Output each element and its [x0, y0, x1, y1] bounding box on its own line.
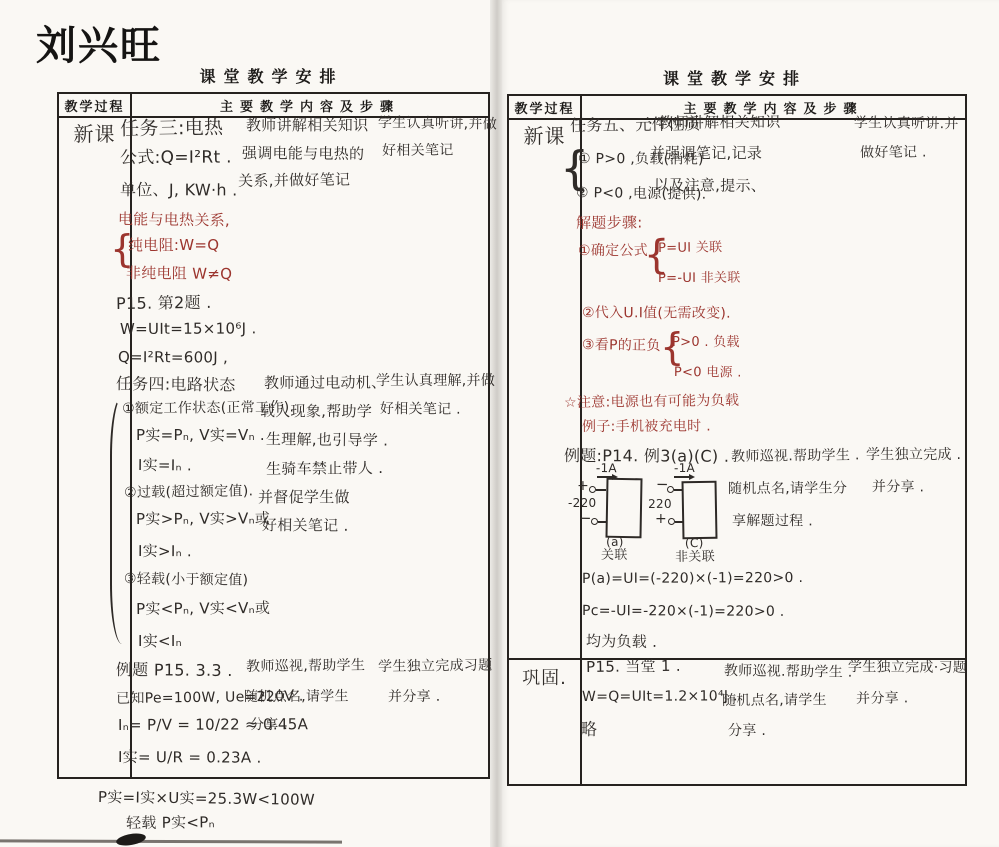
handwritten-line: ②过载(超过额定值).	[124, 484, 253, 500]
handwritten-line: 学生认真听讲,并做	[378, 116, 497, 132]
handwritten-line: 生理解,也引导学 .	[266, 432, 389, 449]
terminal-a-bottom	[591, 518, 598, 525]
wire-a-bottom	[598, 521, 607, 523]
handwritten-line: 教师巡视,帮助学生	[246, 658, 365, 674]
handwritten-line: Q=I²Rt=600J ,	[118, 350, 228, 366]
circuit-box-c	[681, 481, 717, 540]
handwritten-line: P=UI 关联	[658, 241, 723, 255]
handwritten-line: 并分享 .	[856, 691, 909, 706]
right-header-process: 教学过程	[509, 96, 582, 118]
handwritten-line: 好相关笔记	[382, 143, 454, 158]
handwritten-line: 非纯电阻 W≠Q	[126, 266, 233, 283]
current-arrow-a	[597, 476, 613, 478]
handwritten-line: I实<Iₙ	[138, 634, 182, 650]
scanned-lesson-plan: 刘兴旺 课堂教学安排 课堂教学安排 教学过程 主要教学内容及步骤 新课 教学过程…	[0, 0, 999, 847]
handwritten-line: 学生独立完成习题	[378, 659, 493, 675]
handwritten-line: · 教师讲解相关知识	[648, 115, 781, 132]
circuit-box-a	[605, 478, 642, 539]
handwritten-line: 220	[648, 498, 672, 511]
handwritten-line: 教师巡视.帮助学生 .	[731, 448, 860, 464]
handwritten-line: P>0 . 负载	[672, 336, 740, 350]
left-page-title: 课堂教学安排	[57, 64, 486, 86]
handwritten-line: P<0 电源 .	[674, 366, 742, 380]
handwritten-line: 教师巡视.帮助学生 .	[724, 664, 853, 680]
handwritten-line: -1A	[674, 462, 695, 475]
handwritten-line: 解题步骤:	[576, 215, 643, 231]
wire-c-top	[674, 489, 683, 491]
handwritten-line: +	[577, 479, 589, 494]
handwritten-line: 好相关笔记 .	[380, 402, 461, 417]
handwritten-line: ③轻载(小于额定值)	[124, 572, 249, 588]
handwritten-line: 学生认真理解,并做	[376, 374, 495, 389]
current-arrow-c	[674, 476, 690, 478]
right-row-label-consolidation: 巩固.	[509, 664, 580, 690]
handwritten-line: -220	[568, 497, 596, 510]
handwritten-line: P实<Pₙ, V实<Vₙ或	[136, 601, 270, 618]
handwritten-line: P=-UI 非关联	[658, 272, 741, 286]
handwritten-line: 学生独立完成·习题	[848, 660, 967, 676]
handwritten-line: 并督促学生做	[258, 490, 350, 506]
handwritten-line: P实>Pₙ, V实>Vₙ或	[136, 511, 270, 527]
bracket-mark	[110, 396, 124, 644]
left-header-content: 主要教学内容及步骤	[132, 94, 488, 116]
wire-a-top	[596, 489, 606, 491]
handwritten-line: 非关联	[675, 550, 715, 564]
handwritten-line: 均为负载 .	[586, 634, 658, 651]
handwritten-line: 学生独立完成 .	[866, 448, 961, 463]
handwritten-line: 并分享 .	[388, 690, 440, 705]
handwritten-line: 轻载 P实<Pₙ	[126, 815, 215, 832]
handwritten-line: (a)	[606, 536, 624, 549]
handwritten-line: -1A	[596, 462, 617, 475]
handwritten-line: 强调电能与电热的	[242, 146, 365, 163]
handwritten-line: 关联	[601, 549, 628, 563]
handwritten-line: 电能与电热关系,	[118, 212, 230, 229]
handwritten-line: 生骑车禁止带人 .	[266, 461, 383, 478]
handwritten-line: 以及注意,提示、	[654, 178, 766, 195]
handwritten-line: 享解题过程 .	[732, 514, 813, 529]
handwritten-line: 例题:P14. 例3(a)(C) .	[564, 448, 729, 466]
handwritten-line: W=Q=UIt=1.2×10⁴J .	[582, 689, 738, 704]
handwritten-line: −	[579, 511, 592, 527]
left-header-process: 教学过程	[59, 94, 132, 116]
handwritten-line: P15. 当堂 1 .	[586, 659, 681, 676]
handwritten-line: I实=Iₙ .	[138, 458, 192, 474]
handwritten-line: 做好笔记 .	[860, 145, 927, 160]
handwritten-line: I实>Iₙ .	[138, 544, 192, 560]
handwritten-line: Pc=-UI=-220×(-1)=220>0 .	[582, 604, 785, 620]
author-name: 刘兴旺	[36, 14, 162, 71]
handwritten-line: 关系,并做好笔记	[238, 173, 350, 190]
handwritten-line: I实= U/R = 0.23A .	[118, 750, 262, 766]
handwritten-line: 随机点名,请学生分	[728, 481, 847, 496]
handwritten-line: 教师通过电动机、	[264, 375, 386, 391]
handwritten-line: ③看P的正负	[582, 338, 661, 354]
handwritten-line: (C)	[685, 537, 704, 550]
handwritten-line: ②代入U.I值(无需改变).	[582, 306, 731, 321]
handwritten-line: W=UIt=15×10⁶J .	[120, 321, 257, 337]
handwritten-line: 随机点名,请学生	[722, 693, 827, 709]
handwritten-line: 略	[580, 722, 597, 740]
handwritten-line: 例题 P15. 3.3 .	[116, 662, 233, 680]
handwritten-line: 单位、J, KW·h .	[120, 182, 238, 199]
handwritten-line: 教师讲解相关知识	[246, 118, 368, 134]
handwritten-line: P实=Pₙ, V实=Vₙ .	[136, 428, 265, 444]
handwritten-line: P(a)=UI=(-220)×(-1)=220>0 .	[582, 571, 803, 587]
handwritten-line: 好相关笔记 .	[262, 518, 349, 535]
terminal-c-bottom	[668, 518, 675, 525]
handwritten-line: 纯电阻:W=Q	[128, 238, 219, 254]
handwritten-line: 分享 .	[250, 718, 288, 733]
handwritten-line: 学生认真听讲.并	[854, 116, 959, 132]
handwritten-line: P实=I实×U实=25.3W<100W	[98, 790, 315, 809]
handwritten-line: 并强调笔记,记录	[650, 146, 762, 162]
handwritten-line: 分享 .	[728, 724, 766, 739]
handwritten-line: 载人现象,帮助学	[260, 404, 372, 420]
handwritten-line: +	[655, 512, 667, 527]
handwritten-line: 任务四:电路状态	[116, 376, 236, 394]
wire-c-bottom	[675, 521, 683, 523]
handwritten-line: 例子:手机被充电时 .	[582, 419, 711, 434]
left-table-header: 教学过程 主要教学内容及步骤	[59, 94, 488, 118]
handwritten-line: −	[656, 477, 669, 493]
handwritten-line: 随机点名,请学生	[244, 690, 349, 705]
handwritten-line: ☆注意:电源也有可能为负载	[564, 394, 739, 411]
handwritten-line: P15. 第2题 .	[116, 295, 212, 313]
handwritten-line: ①确定公式	[578, 244, 648, 259]
handwritten-line: 公式:Q=I²Rt .	[120, 150, 232, 168]
right-page-title: 课堂教学安排	[507, 66, 963, 88]
handwritten-line: 并分享 .	[872, 480, 925, 495]
terminal-a-top	[589, 486, 596, 493]
handwritten-line: 任务三:电热	[120, 119, 223, 140]
